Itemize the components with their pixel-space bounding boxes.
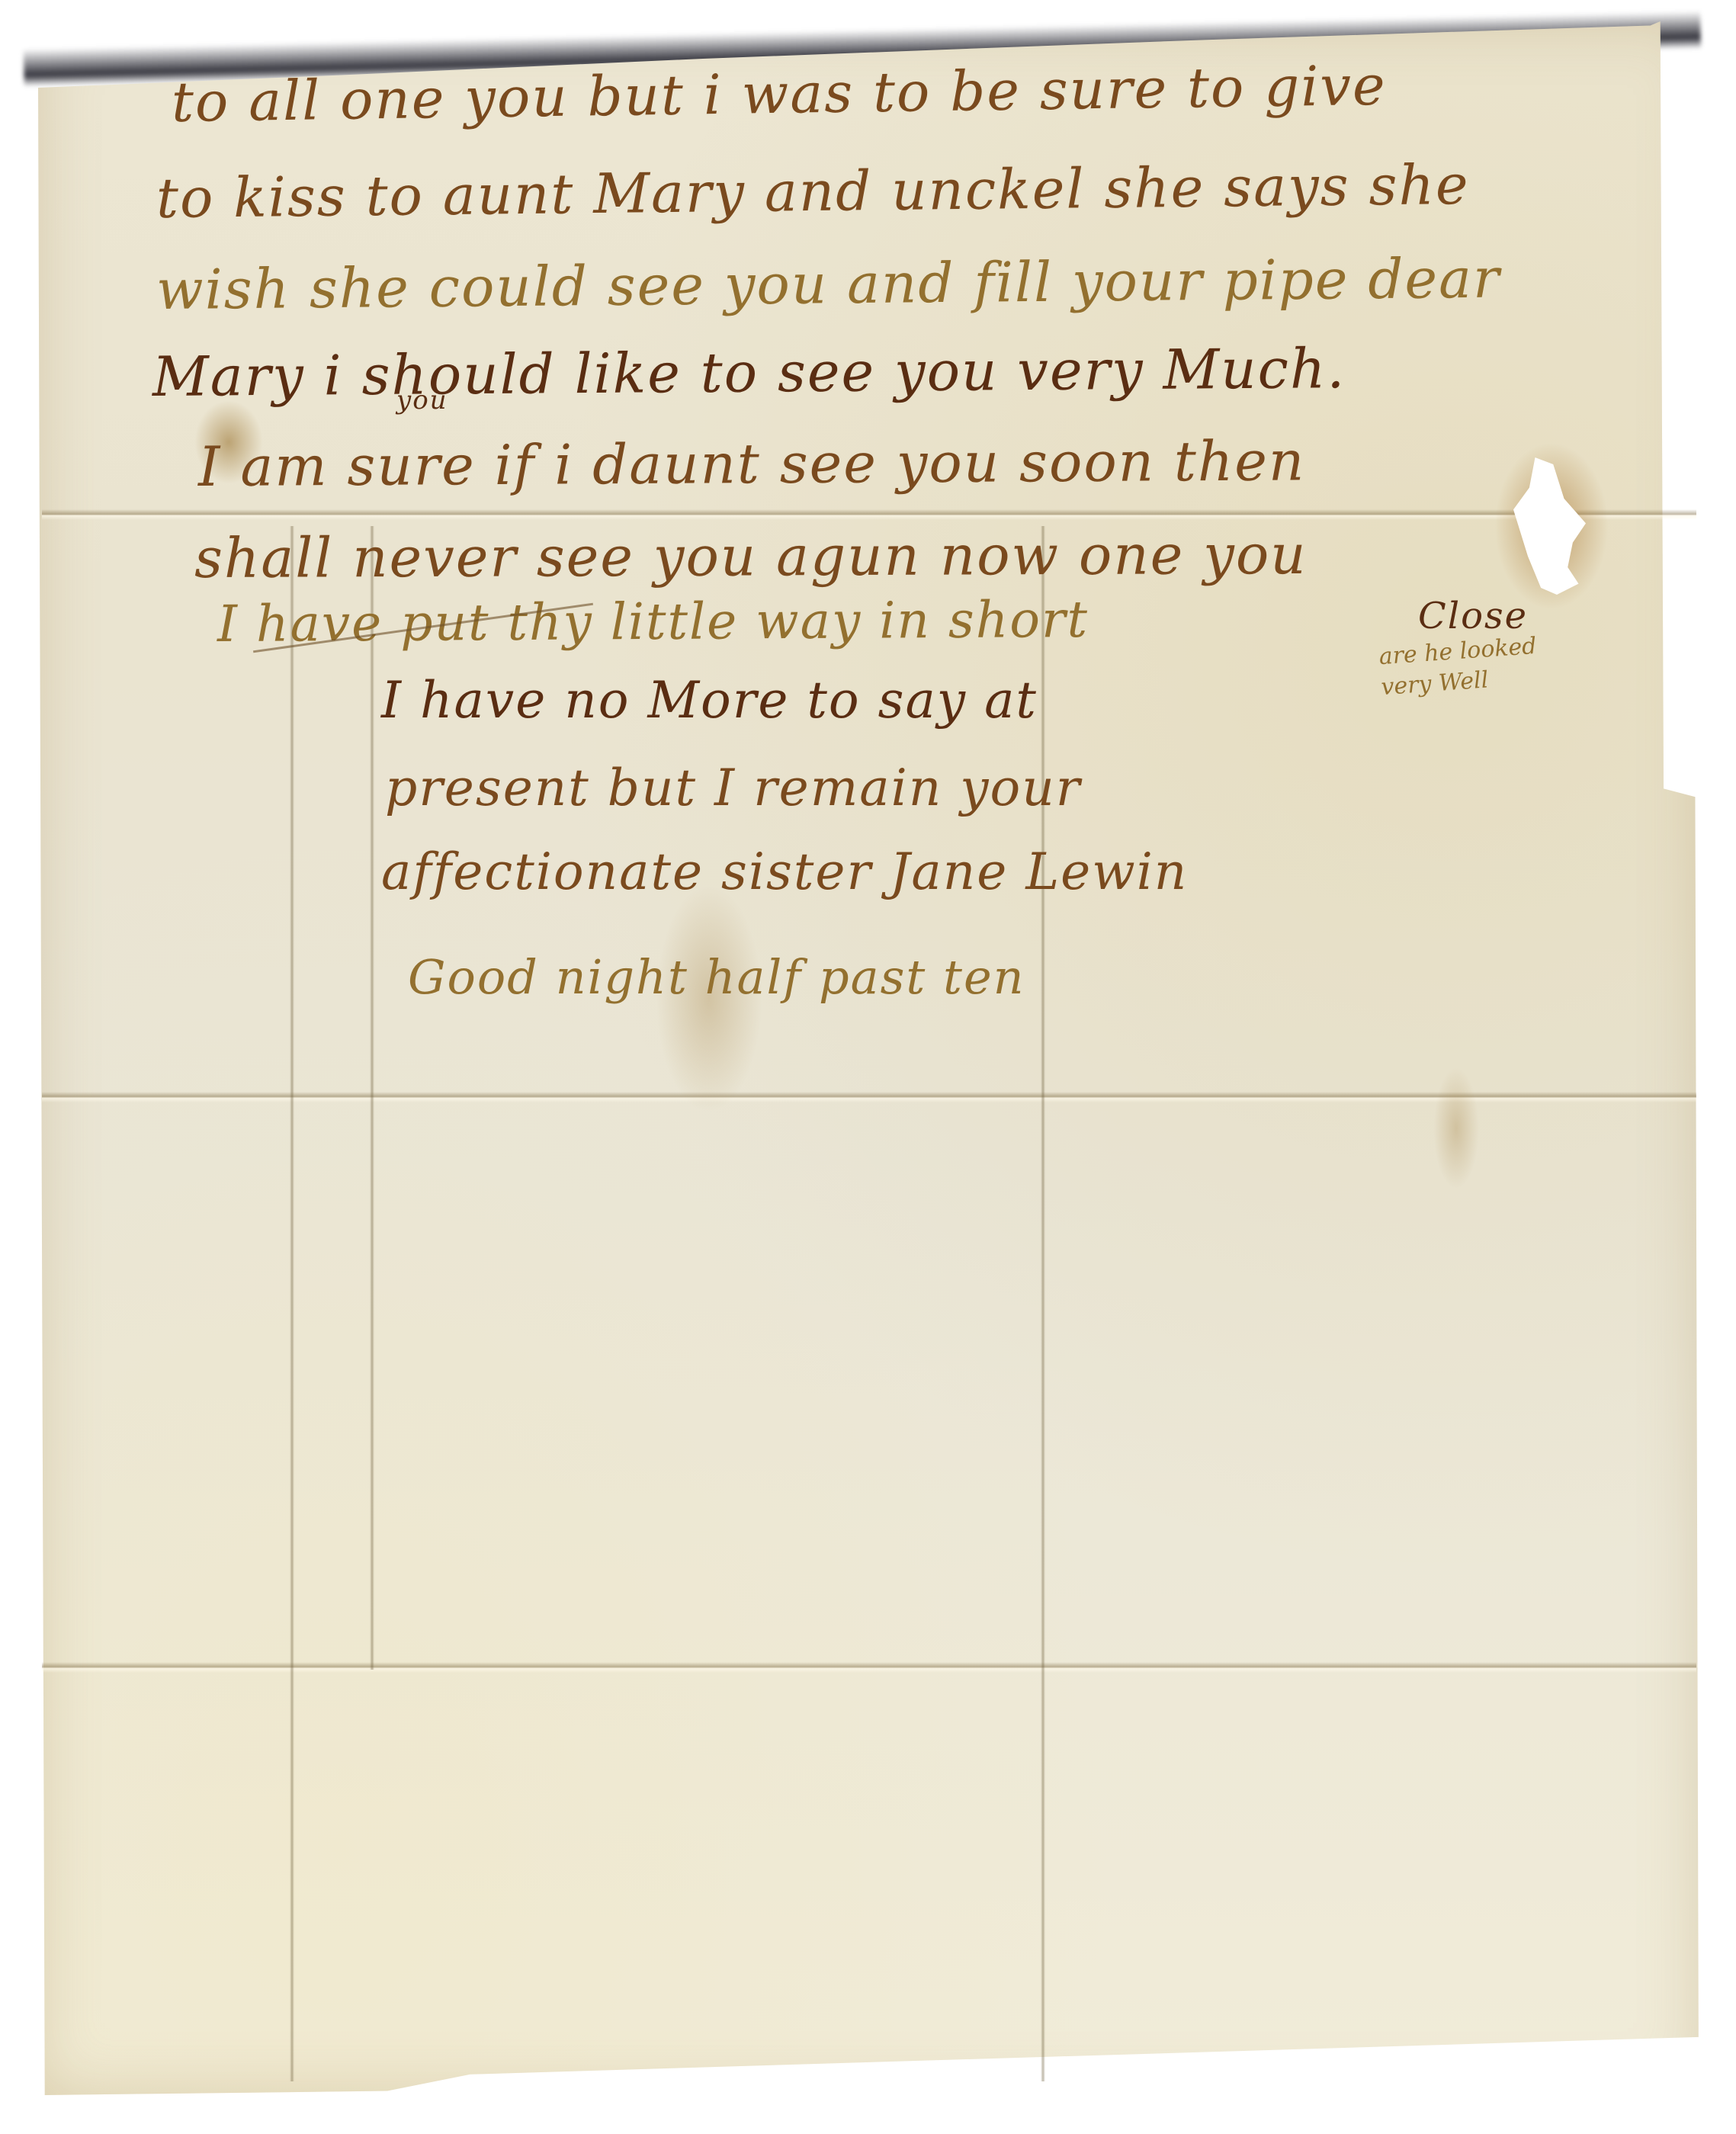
letter-line-7: I have put thy little way in short xyxy=(217,590,1089,653)
fold-crease-left-inner xyxy=(370,526,374,1670)
fold-crease-left xyxy=(290,526,294,2081)
water-stain-right xyxy=(1433,1067,1479,1189)
signature-line: affectionate sister Jane Lewin xyxy=(381,842,1188,901)
letter-line-4: Mary i should like to see you very Much. xyxy=(152,336,1346,409)
closing-word: Close xyxy=(1418,595,1528,637)
letter-line-8: I have no More to say at xyxy=(381,671,1038,730)
margin-note: are he looked very Well xyxy=(1378,631,1539,703)
letter-line-9: present but I remain your xyxy=(385,759,1081,817)
letter-page xyxy=(38,21,1700,2095)
fold-crease-upper xyxy=(42,509,1696,520)
letter-line-6: shall never see you agun now one you xyxy=(194,522,1308,590)
letter-line-5: I am sure if i daunt see you soon then xyxy=(198,428,1306,499)
letter-line-3: wish she could see you and fill your pip… xyxy=(156,246,1501,322)
insertion-word: you xyxy=(396,385,448,416)
postscript-line: Good night half past ten xyxy=(408,949,1025,1005)
